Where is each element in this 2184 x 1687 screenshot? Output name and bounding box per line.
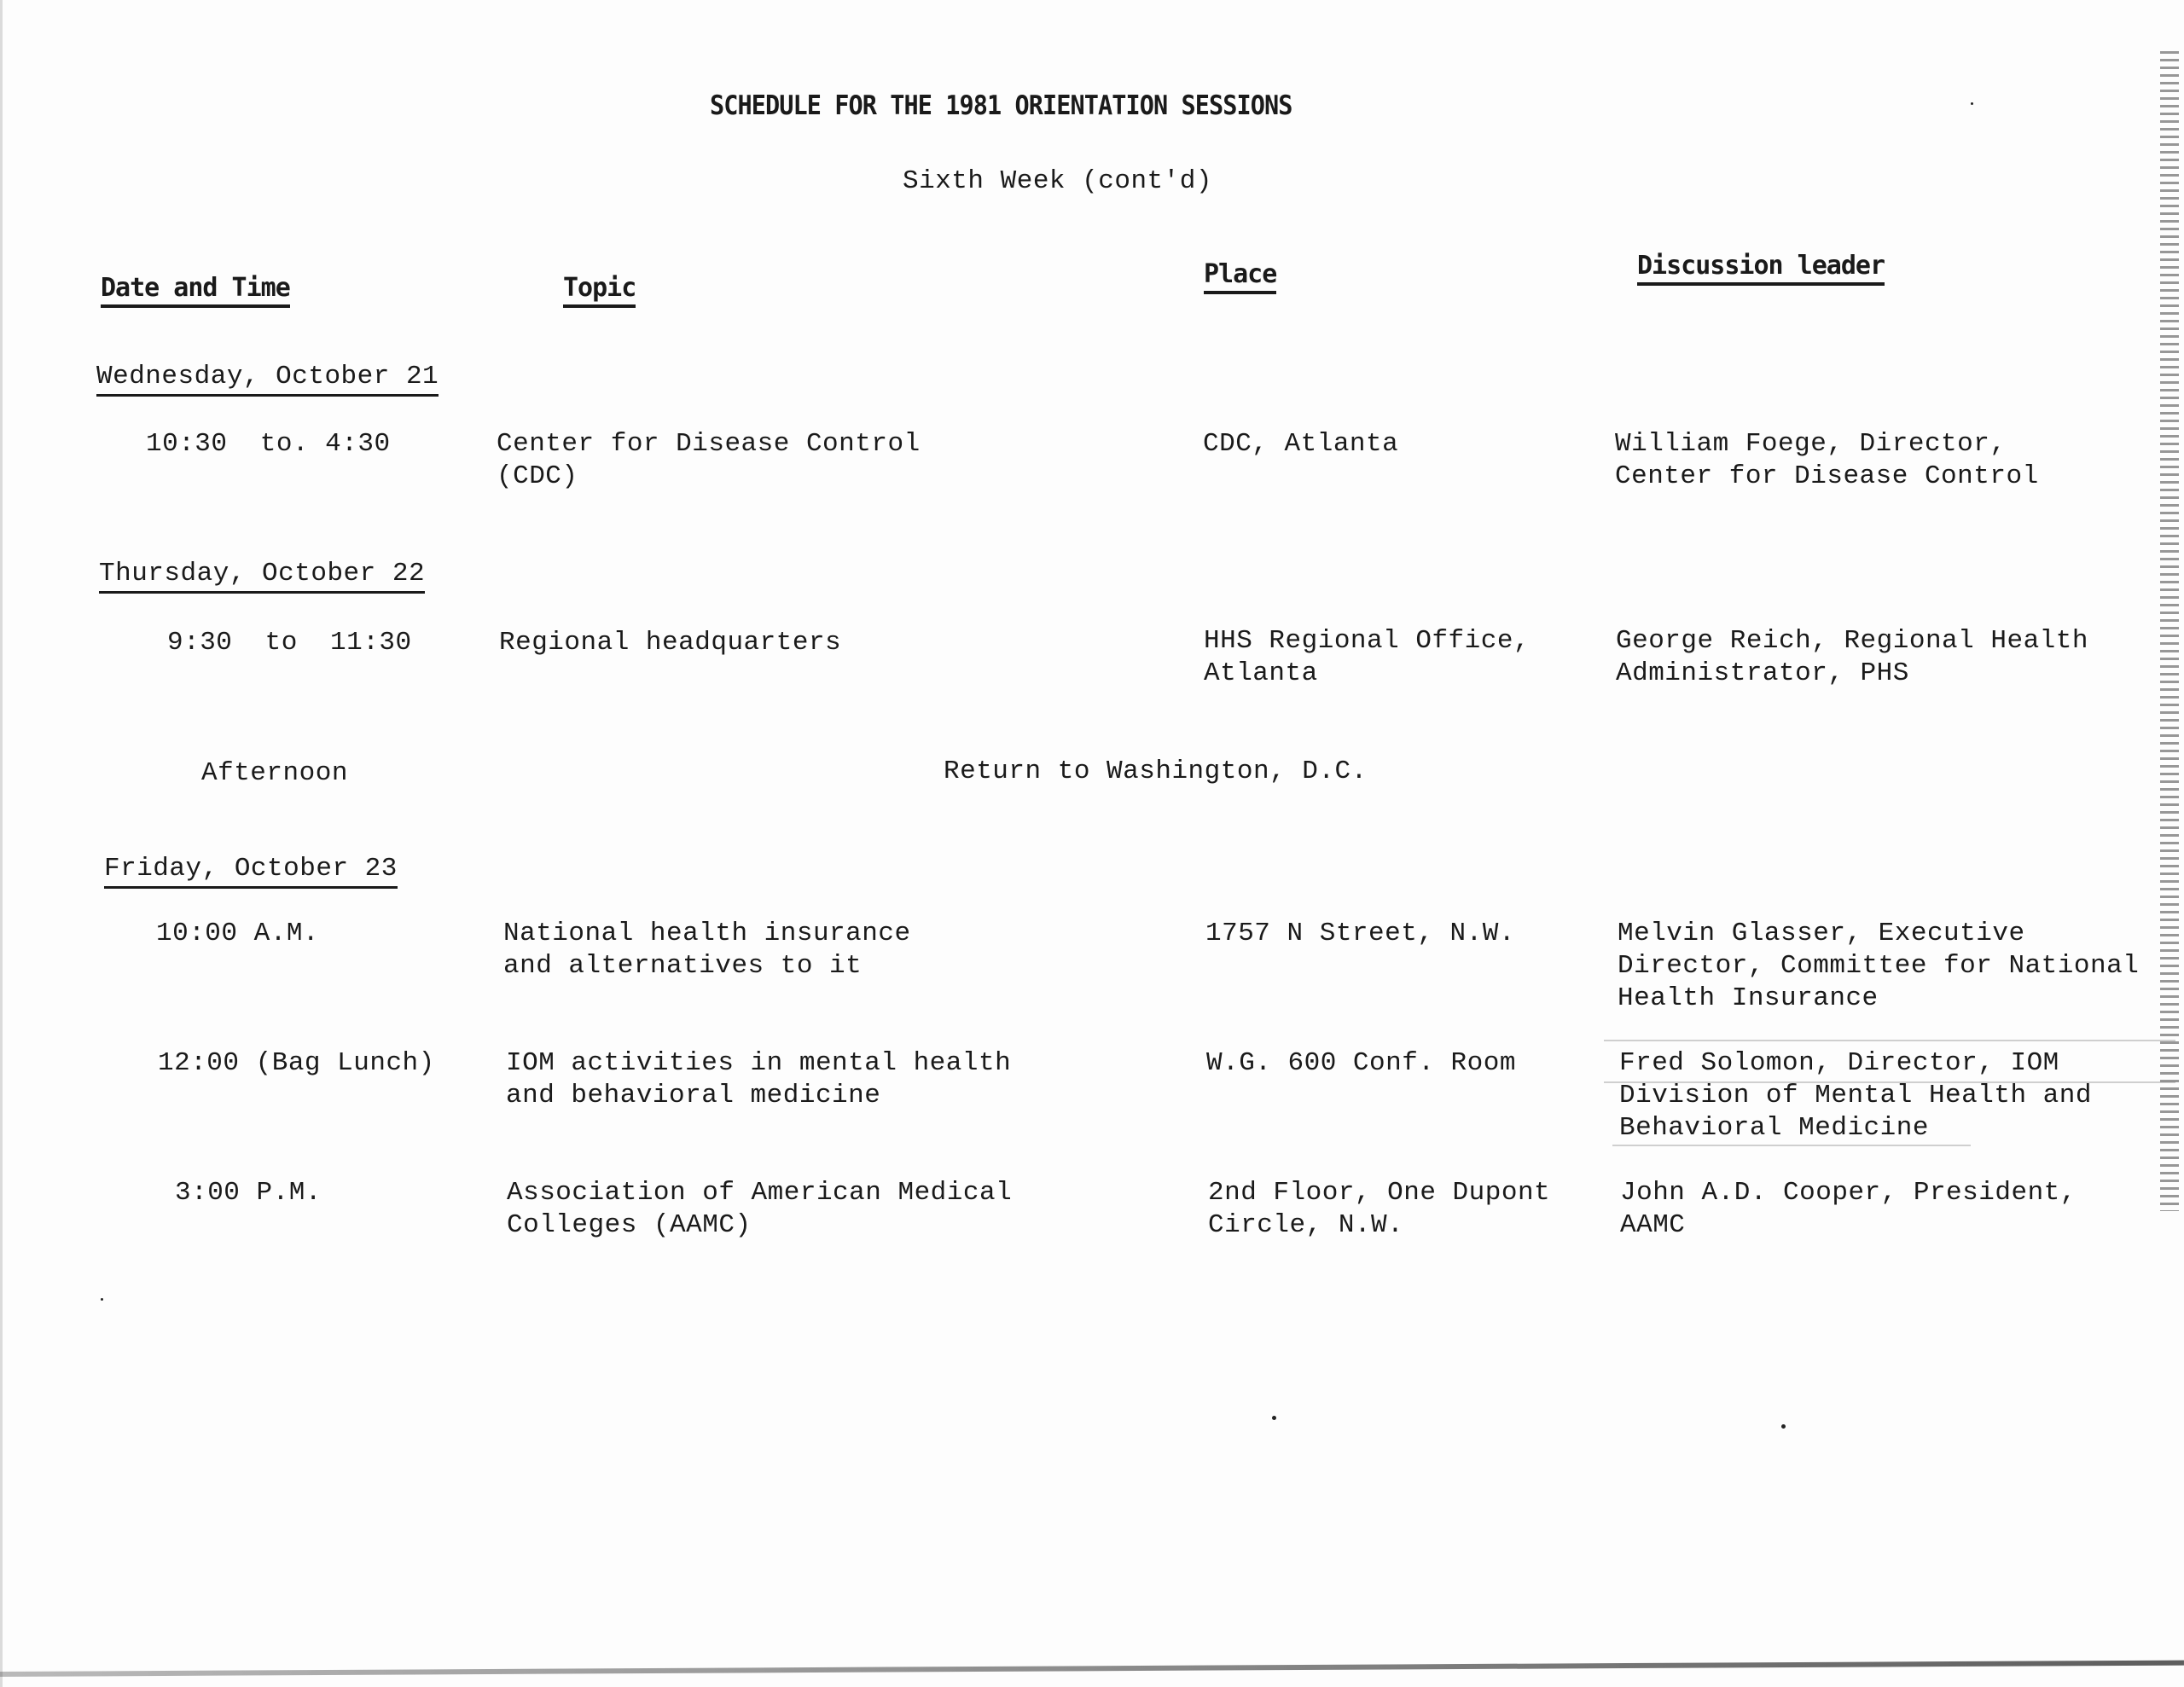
speck: [1272, 1416, 1276, 1420]
session-leader: George Reich, Regional Health Administra…: [1616, 625, 2088, 690]
scan-edge-left: [0, 0, 3, 1687]
scanned-page: SCHEDULE FOR THE 1981 ORIENTATION SESSIO…: [0, 0, 2184, 1687]
session-time: Afternoon: [201, 757, 348, 790]
column-header-discussion-leader: Discussion leader: [1637, 251, 1885, 286]
speck: [1781, 1424, 1786, 1429]
speck: [101, 1298, 103, 1301]
column-header-place: Place: [1204, 259, 1276, 294]
session-note: Return to Washington, D.C.: [944, 756, 1368, 788]
session-place: CDC, Atlanta: [1203, 428, 1398, 461]
day-heading-wednesday: Wednesday, October 21: [96, 362, 439, 397]
scan-edge-bottom: [0, 1661, 2184, 1677]
session-leader: John A.D. Cooper, President, AAMC: [1620, 1177, 2077, 1242]
session-leader: William Foege, Director, Center for Dise…: [1615, 428, 2039, 493]
session-topic: Association of American Medical Colleges…: [507, 1177, 1012, 1242]
session-time: 10:00 A.M.: [156, 918, 319, 950]
scan-streak: [1612, 1145, 1971, 1146]
scan-edge-right: [2160, 51, 2179, 1211]
column-header-topic: Topic: [563, 273, 636, 308]
session-time: 10:30 to. 4:30: [146, 428, 391, 461]
day-heading-friday: Friday, October 23: [104, 854, 398, 889]
session-topic: Center for Disease Control (CDC): [497, 428, 921, 493]
session-leader: Melvin Glasser, Executive Director, Comm…: [1618, 918, 2139, 1015]
document-subtitle: Sixth Week (cont'd): [903, 165, 1212, 198]
speck: [1971, 102, 1973, 105]
session-place: 1757 N Street, N.W.: [1205, 918, 1515, 950]
session-topic: IOM activities in mental health and beha…: [506, 1047, 1011, 1112]
session-topic: Regional headquarters: [499, 627, 841, 659]
session-place: HHS Regional Office, Atlanta: [1204, 625, 1530, 690]
session-place: 2nd Floor, One Dupont Circle, N.W.: [1208, 1177, 1550, 1242]
session-time: 12:00 (Bag Lunch): [158, 1047, 435, 1080]
session-time: 9:30 to 11:30: [167, 627, 412, 659]
column-header-date-time: Date and Time: [101, 273, 290, 308]
session-time: 3:00 P.M.: [175, 1177, 322, 1209]
session-leader: Fred Solomon, Director, IOM Division of …: [1619, 1047, 2092, 1145]
scan-streak: [1604, 1040, 2175, 1041]
session-place: W.G. 600 Conf. Room: [1206, 1047, 1516, 1080]
day-heading-thursday: Thursday, October 22: [99, 559, 425, 594]
session-topic: National health insurance and alternativ…: [503, 918, 911, 983]
document-title: SCHEDULE FOR THE 1981 ORIENTATION SESSIO…: [710, 90, 1292, 121]
